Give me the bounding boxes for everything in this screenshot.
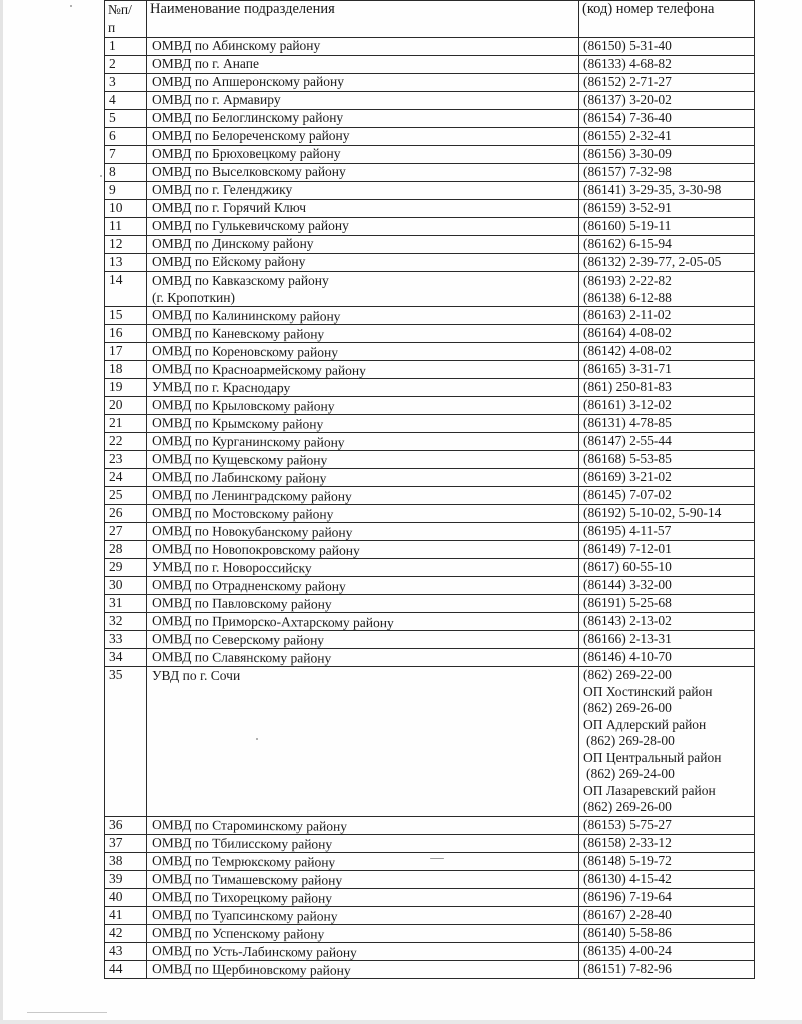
row-number: 1 — [105, 38, 147, 56]
row-number: 42 — [105, 924, 147, 942]
phone-number: (86167) 2-28-40 — [579, 906, 755, 924]
department-name: ОМВД по Калининскому району — [147, 307, 579, 325]
department-name-text: ОМВД по Ейскому району — [152, 254, 305, 269]
scan-artifact — [27, 1012, 107, 1013]
table-row: 44ОМВД по Щербиновскому району(86151) 7-… — [105, 960, 755, 978]
table-row: 25ОМВД по Ленинградскому району(86145) 7… — [105, 487, 755, 505]
department-name: ОМВД по Апшеронскому району — [147, 74, 579, 92]
department-name-text: ОМВД по Гулькевичскому району — [152, 218, 349, 233]
phone-line: (86138) 6-12-88 — [583, 289, 751, 306]
table-header-row: №п/ п Наименование подразделения (код) н… — [105, 1, 755, 38]
table-row: 24ОМВД по Лабинскому району(86169) 3-21-… — [105, 469, 755, 487]
phone-number: (86141) 3-29-35, 3-30-98 — [579, 182, 755, 200]
row-number: 16 — [105, 325, 147, 343]
table-row: 21ОМВД по Крымскому району(86131) 4-78-8… — [105, 415, 755, 433]
phone-line: ОП Центральный район — [579, 750, 754, 767]
row-number: 7 — [105, 146, 147, 164]
phone-number: (86196) 7-19-64 — [579, 888, 755, 906]
phone-number: (86148) 5-19-72 — [579, 852, 755, 870]
table-row: 5ОМВД по Белоглинскому району(86154) 7-3… — [105, 110, 755, 128]
row-number: 28 — [105, 541, 147, 559]
table-row: 27ОМВД по Новокубанскому району(86195) 4… — [105, 523, 755, 541]
phone-number: (861) 250-81-83 — [579, 379, 755, 397]
table-row: 28ОМВД по Новопокровскому району(86149) … — [105, 541, 755, 559]
phone-line: ОП Лазаревский район — [579, 783, 754, 800]
phone-number: (862) 269-22-00ОП Хостинский район(862) … — [579, 667, 755, 817]
department-name: ОМВД по Выселковскому району — [147, 164, 579, 182]
department-name: ОМВД по Ленинградскому району — [147, 487, 579, 505]
table-row: 36ОМВД по Староминскому району(86153) 5-… — [105, 816, 755, 834]
department-name-text: ОМВД по г. Геленджику — [152, 182, 292, 197]
table-row: 29УМВД по г. Новороссийску(8617) 60-55-1… — [105, 559, 755, 577]
table-row: 10ОМВД по г. Горячий Ключ(86159) 3-52-91 — [105, 200, 755, 218]
table-row: 33ОМВД по Северскому району(86166) 2-13-… — [105, 631, 755, 649]
department-name-text: ОМВД по Кущевскому району — [152, 451, 327, 468]
phone-number: (86147) 2-55-44 — [579, 433, 755, 451]
row-number: 41 — [105, 906, 147, 924]
department-name-text: ОМВД по Усть-Лабинскому району — [152, 943, 357, 960]
row-number: 34 — [105, 649, 147, 667]
department-name: ОМВД по Славянскому району — [147, 649, 579, 667]
row-number: 5 — [105, 110, 147, 128]
department-name-text: ОМВД по Каневскому району — [152, 325, 324, 342]
table-row: 8ОМВД по Выселковскому району(86157) 7-3… — [105, 164, 755, 182]
row-number: 44 — [105, 960, 147, 978]
phone-line: (862) 269-26-00 — [579, 799, 754, 816]
department-name-text: ОМВД по Тихорецкому району — [152, 889, 332, 906]
phone-number: (86133) 4-68-82 — [579, 56, 755, 74]
row-number: 21 — [105, 415, 147, 433]
department-name-text: ОМВД по Отрадненскому району — [152, 577, 346, 594]
table-row: 20ОМВД по Крыловскому району(86161) 3-12… — [105, 397, 755, 415]
table-row: 19УМВД по г. Краснодару(861) 250-81-83 — [105, 379, 755, 397]
row-number: 31 — [105, 595, 147, 613]
phone-line: (862) 269-24-00 — [579, 766, 754, 783]
department-name: УМВД по г. Новороссийску — [147, 559, 579, 577]
row-number: 25 — [105, 487, 147, 505]
department-name-text: ОМВД по Абинскому району — [152, 38, 320, 53]
row-number: 36 — [105, 816, 147, 834]
department-name-line: ОМВД по Кавказскому району — [152, 272, 575, 289]
row-number: 15 — [105, 307, 147, 325]
row-number: 19 — [105, 379, 147, 397]
row-number: 11 — [105, 218, 147, 236]
department-name: ОМВД по Ейскому району — [147, 254, 579, 272]
department-name: ОМВД по Динскому району — [147, 236, 579, 254]
row-number: 38 — [105, 852, 147, 870]
table-row: 32ОМВД по Приморско-Ахтарскому району(86… — [105, 613, 755, 631]
row-number: 23 — [105, 451, 147, 469]
department-name-line: УВД по г. Сочи — [152, 667, 575, 684]
department-name: ОМВД по Каневскому району — [147, 325, 579, 343]
department-name-text: ОМВД по Успенскому району — [152, 925, 324, 942]
phone-number: (86150) 5-31-40 — [579, 38, 755, 56]
table-row: 2ОМВД по г. Анапе(86133) 4-68-82 — [105, 56, 755, 74]
department-name: ОМВД по Темрюкскому району — [147, 852, 579, 870]
phone-number: (86158) 2-33-12 — [579, 834, 755, 852]
table-row: 41ОМВД по Туапсинскому району(86167) 2-2… — [105, 906, 755, 924]
row-number: 40 — [105, 888, 147, 906]
department-name-text: ОМВД по Белореченскому району — [152, 128, 350, 143]
phone-number: (86152) 2-71-27 — [579, 74, 755, 92]
row-number: 37 — [105, 834, 147, 852]
department-name: ОМВД по Тбилисскому району — [147, 834, 579, 852]
row-number: 9 — [105, 182, 147, 200]
row-number: 35 — [105, 667, 147, 817]
department-name: ОМВД по Крыловскому району — [147, 397, 579, 415]
department-name-text: ОМВД по Лабинскому району — [152, 469, 327, 486]
phone-number: (86135) 4-00-24 — [579, 942, 755, 960]
row-number: 17 — [105, 343, 147, 361]
phone-number: (86130) 4-15-42 — [579, 870, 755, 888]
phone-number: (86168) 5-53-85 — [579, 451, 755, 469]
phone-number: (86192) 5-10-02, 5-90-14 — [579, 505, 755, 523]
phone-number: (86155) 2-32-41 — [579, 128, 755, 146]
row-number: 8 — [105, 164, 147, 182]
department-name-text: УМВД по г. Новороссийску — [152, 559, 312, 576]
department-name: УВД по г. Сочи — [147, 667, 579, 817]
table-row: 3ОМВД по Апшеронскому району(86152) 2-71… — [105, 74, 755, 92]
phone-number: (86131) 4-78-85 — [579, 415, 755, 433]
phone-number: (86160) 5-19-11 — [579, 218, 755, 236]
table-row: 7ОМВД по Брюховецкому району(86156) 3-30… — [105, 146, 755, 164]
department-name: ОМВД по Брюховецкому району — [147, 146, 579, 164]
department-name: ОМВД по г. Геленджику — [147, 182, 579, 200]
phone-line: ОП Адлерский район — [579, 717, 754, 734]
header-phone: (код) номер телефона — [579, 1, 755, 38]
department-name-text: ОМВД по Староминскому району — [152, 817, 347, 834]
phone-number: (86146) 4-10-70 — [579, 649, 755, 667]
table-row: 16ОМВД по Каневскому району(86164) 4-08-… — [105, 325, 755, 343]
department-name: ОМВД по Лабинскому району — [147, 469, 579, 487]
department-name: ОМВД по Щербиновскому району — [147, 960, 579, 978]
phone-number: (86163) 2-11-02 — [579, 307, 755, 325]
row-number: 18 — [105, 361, 147, 379]
table-row: 23ОМВД по Кущевскому району(86168) 5-53-… — [105, 451, 755, 469]
department-name: ОМВД по г. Горячий Ключ — [147, 200, 579, 218]
department-name-text: ОМВД по Крыловскому району — [152, 397, 335, 414]
row-number: 2 — [105, 56, 147, 74]
phone-number: (86149) 7-12-01 — [579, 541, 755, 559]
phone-number: (86193) 2-22-82(86138) 6-12-88 — [579, 272, 755, 307]
phone-number: (86156) 3-30-09 — [579, 146, 755, 164]
phone-number: (86159) 3-52-91 — [579, 200, 755, 218]
row-number: 26 — [105, 505, 147, 523]
department-name: ОМВД по Отрадненскому району — [147, 577, 579, 595]
department-name-text: УМВД по г. Краснодару — [152, 379, 290, 396]
row-number: 29 — [105, 559, 147, 577]
phone-line: (86193) 2-22-82 — [583, 272, 751, 289]
department-name-text: ОМВД по Щербиновскому району — [152, 961, 351, 978]
table-row: 42ОМВД по Успенскому району(86140) 5-58-… — [105, 924, 755, 942]
department-name: ОМВД по Курганинскому району — [147, 433, 579, 451]
department-name-text: ОМВД по г. Горячий Ключ — [152, 200, 306, 215]
table-row: 30ОМВД по Отрадненскому району(86144) 3-… — [105, 577, 755, 595]
phone-number: (86191) 5-25-68 — [579, 595, 755, 613]
phone-number: (86153) 5-75-27 — [579, 816, 755, 834]
department-name: ОМВД по Усть-Лабинскому району — [147, 942, 579, 960]
department-name: ОМВД по Белореченскому району — [147, 128, 579, 146]
phone-number: (86157) 7-32-98 — [579, 164, 755, 182]
row-number: 13 — [105, 254, 147, 272]
department-name: ОМВД по Кавказскому району(г. Кропоткин) — [147, 272, 579, 307]
department-name-text: ОМВД по Темрюкскому району — [152, 853, 335, 870]
department-name: ОМВД по Туапсинскому району — [147, 906, 579, 924]
phone-number: (8617) 60-55-10 — [579, 559, 755, 577]
department-name-text: ОМВД по Тбилисскому району — [152, 835, 332, 852]
department-name: ОМВД по г. Армавиру — [147, 92, 579, 110]
phone-number: (86162) 6-15-94 — [579, 236, 755, 254]
row-number: 24 — [105, 469, 147, 487]
phone-number: (86140) 5-58-86 — [579, 924, 755, 942]
department-name: ОМВД по Мостовскому району — [147, 505, 579, 523]
department-name: ОМВД по Успенскому району — [147, 924, 579, 942]
header-number: №п/ п — [105, 1, 147, 38]
table-row: 4ОМВД по г. Армавиру(86137) 3-20-02 — [105, 92, 755, 110]
department-name-line: (г. Кропоткин) — [152, 289, 575, 306]
department-name-text: ОМВД по Апшеронскому району — [152, 74, 344, 89]
department-name-text: ОМВД по Выселковскому району — [152, 164, 346, 179]
phone-number: (86151) 7-82-96 — [579, 960, 755, 978]
phone-number: (86132) 2-39-77, 2-05-05 — [579, 254, 755, 272]
department-name: ОМВД по Новопокровскому району — [147, 541, 579, 559]
table-row: 15ОМВД по Калининскому району(86163) 2-1… — [105, 307, 755, 325]
department-name: ОМВД по Тимашевскому району — [147, 870, 579, 888]
table-row: 43ОМВД по Усть-Лабинскому району(86135) … — [105, 942, 755, 960]
phone-line: ОП Хостинский район — [579, 684, 754, 701]
table-row: 38ОМВД по Темрюкскому району(86148) 5-19… — [105, 852, 755, 870]
table-row: 40ОМВД по Тихорецкому району(86196) 7-19… — [105, 888, 755, 906]
department-name-text: ОМВД по Северскому району — [152, 631, 324, 648]
row-number: 33 — [105, 631, 147, 649]
department-name-text: ОМВД по Динскому району — [152, 236, 314, 251]
phone-line: (862) 269-28-00 — [579, 733, 754, 750]
department-name-text: ОМВД по Павловскому району — [152, 595, 332, 612]
table-row: 22ОМВД по Курганинскому району(86147) 2-… — [105, 433, 755, 451]
table-row: 18ОМВД по Красноармейскому району(86165)… — [105, 361, 755, 379]
department-name: ОМВД по Абинскому району — [147, 38, 579, 56]
department-name-text: ОМВД по г. Армавиру — [152, 92, 281, 107]
department-name-text: ОМВД по Мостовскому району — [152, 505, 334, 522]
phone-number: (86137) 3-20-02 — [579, 92, 755, 110]
phone-line: (862) 269-22-00 — [579, 667, 754, 684]
phone-number: (86166) 2-13-31 — [579, 631, 755, 649]
department-name-text: ОМВД по Красноармейскому району — [152, 361, 366, 378]
table-row: 14ОМВД по Кавказскому району(г. Кропотки… — [105, 272, 755, 307]
page-edge — [0, 1020, 802, 1024]
phone-number: (86144) 3-32-00 — [579, 577, 755, 595]
department-name: ОМВД по Кореновскому району — [147, 343, 579, 361]
department-name-text: ОМВД по Крымскому району — [152, 415, 323, 432]
department-name: ОМВД по Тихорецкому району — [147, 888, 579, 906]
row-number: 22 — [105, 433, 147, 451]
row-number: 32 — [105, 613, 147, 631]
table-row: 11ОМВД по Гулькевичскому району(86160) 5… — [105, 218, 755, 236]
department-name-text: ОМВД по Брюховецкому району — [152, 146, 340, 161]
table-row: 6ОМВД по Белореченскому району(86155) 2-… — [105, 128, 755, 146]
phone-line: (862) 269-26-00 — [579, 700, 754, 717]
department-name-text: ОМВД по Новокубанскому району — [152, 523, 353, 540]
department-name-text: ОМВД по Курганинскому району — [152, 433, 345, 450]
row-number: 39 — [105, 870, 147, 888]
departments-table: №п/ п Наименование подразделения (код) н… — [104, 0, 755, 979]
row-number: 43 — [105, 942, 147, 960]
row-number: 12 — [105, 236, 147, 254]
department-name-text: ОМВД по Ленинградскому району — [152, 487, 352, 504]
department-name-text: ОМВД по Приморско-Ахтарскому району — [152, 613, 394, 630]
department-name-text: ОМВД по Кореновскому району — [152, 343, 338, 360]
department-name: ОМВД по Новокубанскому району — [147, 523, 579, 541]
row-number: 4 — [105, 92, 147, 110]
phone-number: (86161) 3-12-02 — [579, 397, 755, 415]
header-name: Наименование подразделения — [147, 1, 579, 38]
page-edge — [0, 0, 3, 1024]
department-name-text: ОМВД по Славянскому району — [152, 649, 331, 666]
phone-number: (86169) 3-21-02 — [579, 469, 755, 487]
row-number: 6 — [105, 128, 147, 146]
scan-speck — [100, 175, 102, 177]
department-name-text: ОМВД по Новопокровскому району — [152, 541, 360, 558]
table-row: 1ОМВД по Абинскому району(86150) 5-31-40 — [105, 38, 755, 56]
phone-number: (86143) 2-13-02 — [579, 613, 755, 631]
table-row: 12ОМВД по Динскому району(86162) 6-15-94 — [105, 236, 755, 254]
department-name-text: ОМВД по г. Анапе — [152, 56, 259, 71]
phone-number: (86195) 4-11-57 — [579, 523, 755, 541]
table-row: 37ОМВД по Тбилисскому району(86158) 2-33… — [105, 834, 755, 852]
department-name: УМВД по г. Краснодару — [147, 379, 579, 397]
phone-number: (86165) 3-31-71 — [579, 361, 755, 379]
table-row: 39ОМВД по Тимашевскому району(86130) 4-1… — [105, 870, 755, 888]
scan-speck — [70, 5, 72, 7]
department-name: ОМВД по Крымскому району — [147, 415, 579, 433]
department-name: ОМВД по Северскому району — [147, 631, 579, 649]
department-name-text: ОМВД по Туапсинскому району — [152, 907, 338, 924]
department-name: ОМВД по г. Анапе — [147, 56, 579, 74]
phone-number: (86142) 4-08-02 — [579, 343, 755, 361]
department-name: ОМВД по Павловскому району — [147, 595, 579, 613]
row-number: 14 — [105, 272, 147, 307]
table-row: 13ОМВД по Ейскому району(86132) 2-39-77,… — [105, 254, 755, 272]
department-name-text: ОМВД по Калининскому району — [152, 307, 341, 324]
table-row: 34ОМВД по Славянскому району(86146) 4-10… — [105, 649, 755, 667]
phone-number: (86154) 7-36-40 — [579, 110, 755, 128]
phone-number: (86145) 7-07-02 — [579, 487, 755, 505]
department-name: ОМВД по Кущевскому району — [147, 451, 579, 469]
department-name: ОМВД по Староминскому району — [147, 816, 579, 834]
table-row: 17ОМВД по Кореновскому району(86142) 4-0… — [105, 343, 755, 361]
row-number: 30 — [105, 577, 147, 595]
department-name-text: ОМВД по Белоглинскому району — [152, 110, 343, 125]
department-name-text: ОМВД по Тимашевскому району — [152, 871, 342, 888]
department-name: ОМВД по Приморско-Ахтарскому району — [147, 613, 579, 631]
row-number: 27 — [105, 523, 147, 541]
department-name: ОМВД по Белоглинскому району — [147, 110, 579, 128]
row-number: 10 — [105, 200, 147, 218]
department-name: ОМВД по Гулькевичскому району — [147, 218, 579, 236]
table-row: 9ОМВД по г. Геленджику(86141) 3-29-35, 3… — [105, 182, 755, 200]
table-row: 31ОМВД по Павловскому району(86191) 5-25… — [105, 595, 755, 613]
table-row: 35УВД по г. Сочи(862) 269-22-00ОП Хостин… — [105, 667, 755, 817]
department-name: ОМВД по Красноармейскому району — [147, 361, 579, 379]
row-number: 20 — [105, 397, 147, 415]
table-row: 26ОМВД по Мостовскому району(86192) 5-10… — [105, 505, 755, 523]
phone-number: (86164) 4-08-02 — [579, 325, 755, 343]
table-body: 1ОМВД по Абинскому району(86150) 5-31-40… — [105, 38, 755, 979]
row-number: 3 — [105, 74, 147, 92]
